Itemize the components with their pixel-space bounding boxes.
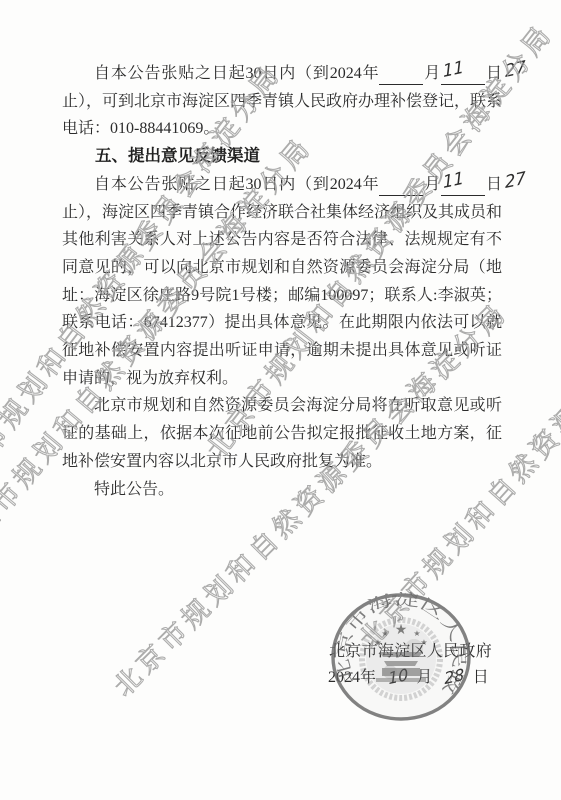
notice-body: 自本公告张贴之日起30日内（到2024年11月27日止），可到北京市海淀区四季青… (62, 60, 502, 503)
p2-text-post: 日止），海淀区四季青镇合作经济联合社集体经济组织及其成员和其他利害关系人对上述公… (62, 176, 502, 387)
date-day-unit: 日 (473, 664, 489, 687)
ink-blotch (405, 639, 423, 657)
paragraph-hearing: 北京市规划和自然资源委员会海淀分局将在听取意见或听证的基础上，依据本次征地前公告… (62, 392, 502, 475)
star-icon: ★ (374, 638, 381, 647)
notice-page: 北京市规划和自然资源委员会海淀分局 北京市规划和自然资源委员会海淀分局 北京市规… (0, 0, 561, 800)
paragraph-registration: 自本公告张贴之日起30日内（到2024年11月27日止），可到北京市海淀区四季青… (62, 60, 502, 143)
blank-month-2: 11 (379, 177, 423, 196)
paragraph-closing: 特此公告。 (62, 476, 502, 504)
star-icon: ★ (381, 629, 388, 638)
paragraph-feedback: 自本公告张贴之日起30日内（到2024年11月27日止），海淀区四季青镇合作经济… (62, 171, 502, 393)
star-icon: ★ (413, 629, 420, 638)
blank-month-1: 11 (379, 66, 423, 85)
star-icon: ★ (395, 622, 408, 638)
p2-text-pre: 自本公告张贴之日起30日内（到2024年 (94, 176, 379, 193)
p1-text-pre: 自本公告张贴之日起30日内（到2024年 (94, 65, 379, 82)
section-heading: 五、提出意见反馈渠道 (62, 143, 502, 171)
ink-blotch (383, 665, 397, 679)
official-seal: 北京市海淀区人民政府 ★ ★ ★ ★ ★ (330, 592, 472, 722)
